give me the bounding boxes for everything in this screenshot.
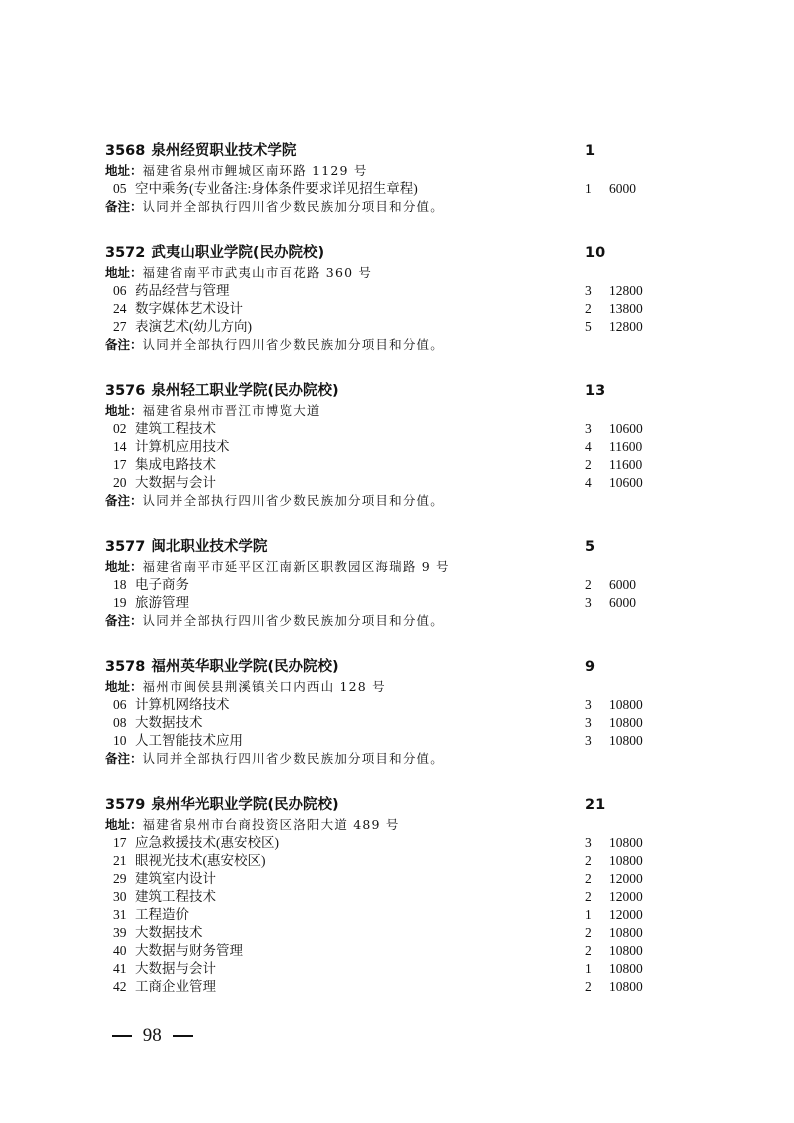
major-fee: 10800 [609,924,643,942]
school-title: 3576泉州轻工职业学院(民办院校)13 [105,381,665,402]
school-note: 备注：认同并全部执行四川省少数民族加分项目和分值。 [105,198,665,216]
major-plan: 1 [585,960,592,978]
major-fee: 11600 [609,456,642,474]
school-code: 3577 [105,539,145,555]
major-fee: 10800 [609,834,643,852]
major-code: 21 [113,852,135,870]
school-title: 3578福州英华职业学院(民办院校)9 [105,657,665,678]
major-name: 药品经营与管理 [135,283,230,298]
school-code: 3578 [105,659,145,675]
major-code: 41 [113,960,135,978]
major-name: 大数据技术 [135,925,203,940]
school-block: 3577闽北职业技术学院5地址：福建省南平市延平区江南新区职教园区海瑞路 9 号… [105,537,665,630]
major-row: 14计算机应用技术411600 [105,438,665,456]
major-name: 大数据与会计 [135,961,216,976]
major-plan: 2 [585,852,592,870]
note-value: 认同并全部执行四川省少数民族加分项目和分值。 [143,199,444,214]
major-plan: 2 [585,978,592,996]
major-code: 24 [113,300,135,318]
major-row: 17应急救援技术(惠安校区)310800 [105,834,665,852]
major-plan: 3 [585,594,592,612]
major-plan: 3 [585,834,592,852]
school-name: 泉州轻工职业学院(民办院校) [151,383,338,399]
major-fee: 12000 [609,888,643,906]
note-value: 认同并全部执行四川省少数民族加分项目和分值。 [143,613,444,628]
major-row: 21眼视光技术(惠安校区)210800 [105,852,665,870]
school-name: 武夷山职业学院(民办院校) [151,245,324,261]
major-name: 旅游管理 [135,595,189,610]
major-plan: 4 [585,438,592,456]
major-fee: 10800 [609,732,643,750]
major-row: 29建筑室内设计212000 [105,870,665,888]
major-row: 06药品经营与管理312800 [105,282,665,300]
major-fee: 10800 [609,978,643,996]
school-plan-count: 9 [585,657,595,678]
school-plan-count: 1 [585,141,595,162]
school-note: 备注：认同并全部执行四川省少数民族加分项目和分值。 [105,750,665,768]
major-code: 08 [113,714,135,732]
address-label: 地址： [105,817,143,832]
school-code: 3572 [105,245,145,261]
address-value: 福建省南平市武夷山市百花路 360 号 [143,265,373,280]
major-code: 17 [113,834,135,852]
major-plan: 2 [585,870,592,888]
note-label: 备注： [105,751,143,766]
major-row: 39大数据技术210800 [105,924,665,942]
major-row: 17集成电路技术211600 [105,456,665,474]
school-title: 3577闽北职业技术学院5 [105,537,665,558]
major-row: 20大数据与会计410600 [105,474,665,492]
major-fee: 10800 [609,714,643,732]
school-name: 福州英华职业学院(民办院校) [151,659,338,675]
address-value: 福建省泉州市鲤城区南环路 1129 号 [143,163,368,178]
major-code: 10 [113,732,135,750]
major-code: 39 [113,924,135,942]
major-plan: 3 [585,714,592,732]
school-code: 3568 [105,143,145,159]
address-value: 福建省泉州市台商投资区洛阳大道 489 号 [143,817,400,832]
school-title: 3568泉州经贸职业技术学院1 [105,141,665,162]
school-address: 地址：福建省南平市武夷山市百花路 360 号 [105,264,665,282]
major-plan: 5 [585,318,592,336]
major-code: 20 [113,474,135,492]
school-plan-count: 21 [585,795,605,816]
major-code: 29 [113,870,135,888]
major-fee: 12800 [609,282,643,300]
major-name: 计算机网络技术 [135,697,230,712]
major-code: 31 [113,906,135,924]
major-code: 42 [113,978,135,996]
major-name: 空中乘务(专业备注:身体条件要求详见招生章程) [135,181,418,196]
major-plan: 3 [585,696,592,714]
major-fee: 6000 [609,594,636,612]
major-plan: 1 [585,906,592,924]
major-name: 大数据与会计 [135,475,216,490]
school-address: 地址：福建省南平市延平区江南新区职教园区海瑞路 9 号 [105,558,665,576]
school-block: 3576泉州轻工职业学院(民办院校)13地址：福建省泉州市晋江市博览大道02建筑… [105,381,665,510]
major-fee: 10800 [609,942,643,960]
major-plan: 3 [585,732,592,750]
major-code: 27 [113,318,135,336]
major-name: 应急救援技术(惠安校区) [135,835,279,850]
school-title: 3572武夷山职业学院(民办院校)10 [105,243,665,264]
address-label: 地址： [105,403,143,418]
major-name: 眼视光技术(惠安校区) [135,853,266,868]
school-plan-count: 13 [585,381,605,402]
major-name: 建筑工程技术 [135,421,216,436]
major-row: 10人工智能技术应用310800 [105,732,665,750]
major-plan: 3 [585,420,592,438]
major-name: 人工智能技术应用 [135,733,243,748]
note-label: 备注： [105,199,143,214]
major-name: 建筑室内设计 [135,871,216,886]
major-row: 24数字媒体艺术设计213800 [105,300,665,318]
major-code: 06 [113,696,135,714]
major-fee: 12000 [609,870,643,888]
school-address: 地址：福建省泉州市台商投资区洛阳大道 489 号 [105,816,665,834]
page-number: 98 [143,1025,162,1046]
major-row: 06计算机网络技术310800 [105,696,665,714]
note-value: 认同并全部执行四川省少数民族加分项目和分值。 [143,337,444,352]
major-fee: 12800 [609,318,643,336]
school-address: 地址：福州市闽侯县荆溪镇关口内西山 128 号 [105,678,665,696]
school-name: 泉州华光职业学院(民办院校) [151,797,338,813]
address-label: 地址： [105,163,143,178]
page-footer: 98 [106,1024,199,1048]
footer-dash-left [112,1035,132,1037]
note-label: 备注： [105,493,143,508]
major-code: 14 [113,438,135,456]
school-code: 3579 [105,797,145,813]
major-plan: 2 [585,888,592,906]
major-fee: 13800 [609,300,643,318]
note-value: 认同并全部执行四川省少数民族加分项目和分值。 [143,751,444,766]
school-block: 3578福州英华职业学院(民办院校)9地址：福州市闽侯县荆溪镇关口内西山 128… [105,657,665,768]
major-plan: 2 [585,576,592,594]
school-address: 地址：福建省泉州市鲤城区南环路 1129 号 [105,162,665,180]
school-block: 3579泉州华光职业学院(民办院校)21地址：福建省泉州市台商投资区洛阳大道 4… [105,795,665,996]
major-fee: 10600 [609,474,643,492]
address-value: 福建省南平市延平区江南新区职教园区海瑞路 9 号 [143,559,450,574]
major-code: 02 [113,420,135,438]
major-name: 大数据与财务管理 [135,943,243,958]
school-block: 3572武夷山职业学院(民办院校)10地址：福建省南平市武夷山市百花路 360 … [105,243,665,354]
major-plan: 2 [585,300,592,318]
school-address: 地址：福建省泉州市晋江市博览大道 [105,402,665,420]
note-label: 备注： [105,337,143,352]
major-fee: 6000 [609,576,636,594]
major-row: 08大数据技术310800 [105,714,665,732]
school-plan-count: 5 [585,537,595,558]
note-value: 认同并全部执行四川省少数民族加分项目和分值。 [143,493,444,508]
major-row: 30建筑工程技术212000 [105,888,665,906]
major-plan: 2 [585,942,592,960]
address-value: 福州市闽侯县荆溪镇关口内西山 128 号 [143,679,386,694]
major-name: 工商企业管理 [135,979,216,994]
major-plan: 2 [585,924,592,942]
major-row: 27表演艺术(幼儿方向)512800 [105,318,665,336]
major-row: 02建筑工程技术310600 [105,420,665,438]
major-name: 工程造价 [135,907,189,922]
major-fee: 10800 [609,852,643,870]
major-row: 18电子商务26000 [105,576,665,594]
major-row: 41大数据与会计110800 [105,960,665,978]
admissions-listing: 3568泉州经贸职业技术学院1地址：福建省泉州市鲤城区南环路 1129 号05空… [105,141,665,1023]
school-name: 泉州经贸职业技术学院 [151,143,296,159]
address-value: 福建省泉州市晋江市博览大道 [143,403,321,418]
major-name: 大数据技术 [135,715,203,730]
major-fee: 11600 [609,438,642,456]
major-name: 电子商务 [135,577,189,592]
school-title: 3579泉州华光职业学院(民办院校)21 [105,795,665,816]
major-row: 40大数据与财务管理210800 [105,942,665,960]
footer-dash-right [173,1035,193,1037]
major-plan: 1 [585,180,592,198]
major-fee: 12000 [609,906,643,924]
major-fee: 10800 [609,960,643,978]
major-fee: 10800 [609,696,643,714]
major-plan: 2 [585,456,592,474]
major-code: 30 [113,888,135,906]
major-name: 集成电路技术 [135,457,216,472]
major-name: 建筑工程技术 [135,889,216,904]
major-fee: 6000 [609,180,636,198]
major-code: 06 [113,282,135,300]
school-note: 备注：认同并全部执行四川省少数民族加分项目和分值。 [105,612,665,630]
major-code: 05 [113,180,135,198]
school-block: 3568泉州经贸职业技术学院1地址：福建省泉州市鲤城区南环路 1129 号05空… [105,141,665,216]
school-code: 3576 [105,383,145,399]
major-row: 31工程造价112000 [105,906,665,924]
major-code: 19 [113,594,135,612]
address-label: 地址： [105,679,143,694]
note-label: 备注： [105,613,143,628]
address-label: 地址： [105,265,143,280]
major-fee: 10600 [609,420,643,438]
major-name: 表演艺术(幼儿方向) [135,319,252,334]
major-name: 数字媒体艺术设计 [135,301,243,316]
school-name: 闽北职业技术学院 [151,539,267,555]
major-code: 40 [113,942,135,960]
address-label: 地址： [105,559,143,574]
major-code: 18 [113,576,135,594]
school-note: 备注：认同并全部执行四川省少数民族加分项目和分值。 [105,336,665,354]
school-note: 备注：认同并全部执行四川省少数民族加分项目和分值。 [105,492,665,510]
major-row: 19旅游管理36000 [105,594,665,612]
major-name: 计算机应用技术 [135,439,230,454]
major-row: 42工商企业管理210800 [105,978,665,996]
school-plan-count: 10 [585,243,605,264]
major-plan: 3 [585,282,592,300]
major-code: 17 [113,456,135,474]
major-row: 05空中乘务(专业备注:身体条件要求详见招生章程)16000 [105,180,665,198]
major-plan: 4 [585,474,592,492]
